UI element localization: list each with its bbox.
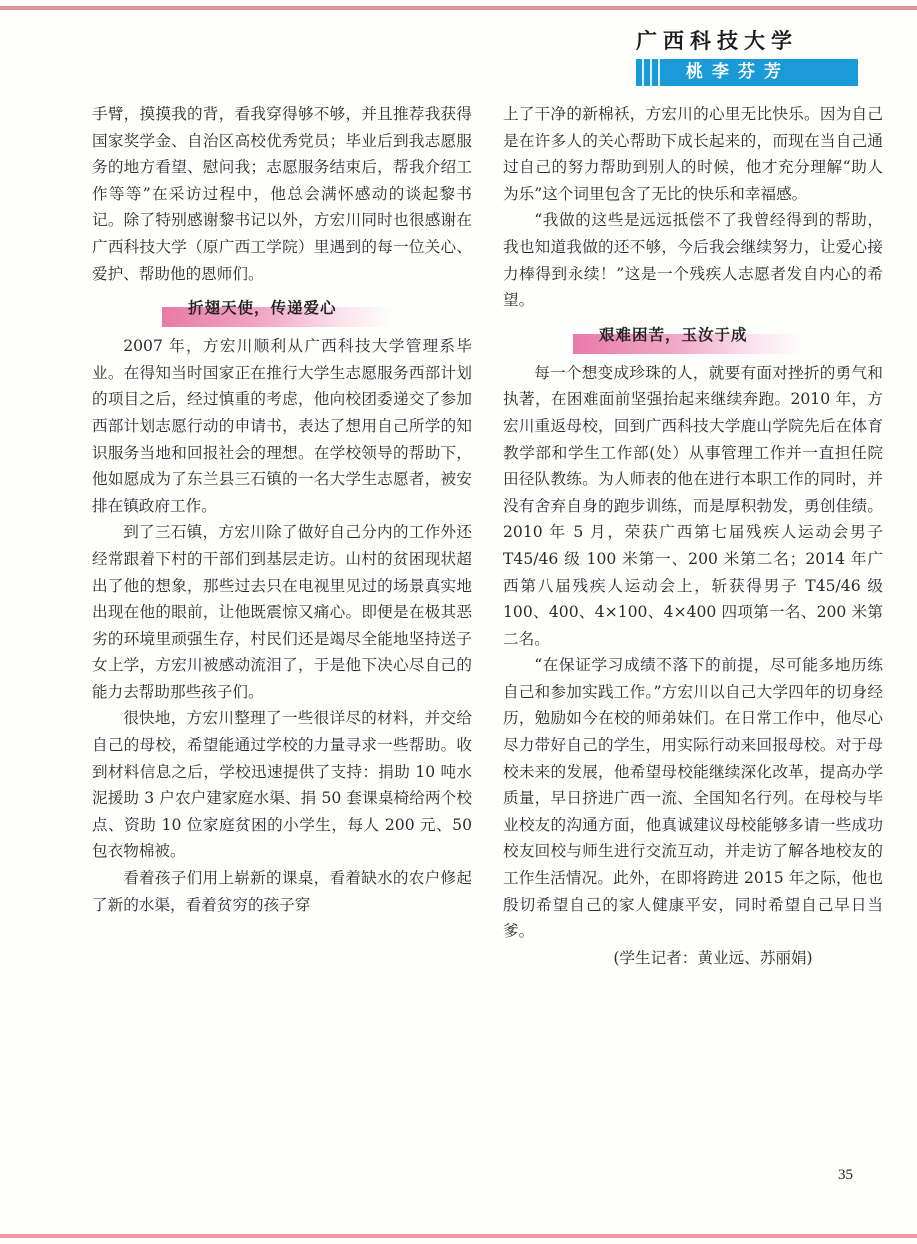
section-heading: 艰难困苦，玉汝于成 (503, 320, 883, 358)
paragraph: 手臂，摸摸我的背，看我穿得够不够，并且推荐我获得国家奖学金、自治区高校优秀党员；… (92, 101, 472, 287)
section-heading: 折翅天使，传递爱心 (92, 293, 472, 331)
paragraph: 到了三石镇，方宏川除了做好自己分内的工作外还经常跟着下村的干部们到基层走访。山村… (92, 519, 472, 705)
bottom-rule (0, 1234, 917, 1238)
masthead: 广西科技大学 桃李芬芳 (636, 28, 858, 86)
banner-stripe (650, 59, 652, 86)
paragraph: “我做的这些是远远抵偿不了我曾经得到的帮助，我也知道我做的还不够，今后我会继续努… (503, 207, 883, 313)
paragraph: 很快地，方宏川整理了一些很详尽的材料，并交给自己的母校，希望能通过学校的力量寻求… (92, 705, 472, 865)
column-banner: 桃李芬芳 (636, 59, 858, 86)
section-title: 折翅天使，传递爱心 (188, 295, 337, 322)
section-title: 艰难困苦，玉汝于成 (599, 322, 748, 349)
right-column: 上了干净的新棉袄，方宏川的心里无比快乐。因为自己是在许多人的关心帮助下成长起来的… (503, 101, 883, 971)
paragraph: 看着孩子们用上崭新的课桌，看着缺水的农户修起了新的水渠，看着贫穷的孩子穿 (92, 865, 472, 918)
column-name: 桃李芬芳 (686, 59, 790, 86)
paragraph: 每一个想变成珍珠的人，就要有面对挫折的勇气和执著，在困难面前坚强抬起来继续奔跑。… (503, 360, 883, 653)
paragraph: 上了干净的新棉袄，方宏川的心里无比快乐。因为自己是在许多人的关心帮助下成长起来的… (503, 101, 883, 207)
byline: (学生记者：黄业远、苏丽娟) (503, 945, 883, 972)
page-number: 35 (838, 1167, 853, 1184)
top-rule (0, 6, 917, 10)
left-column: 手臂，摸摸我的背，看我穿得够不够，并且推荐我获得国家奖学金、自治区高校优秀党员；… (92, 101, 472, 918)
banner-stripe (642, 59, 644, 86)
paragraph: “在保证学习成绩不落下的前提，尽可能多地历练自己和参加实践工作。”方宏川以自己大… (503, 652, 883, 945)
paragraph: 2007 年，方宏川顺利从广西科技大学管理系毕业。在得知当时国家正在推行大学生志… (92, 333, 472, 519)
school-name: 广西科技大学 (636, 28, 858, 56)
banner-stripe (658, 59, 660, 86)
